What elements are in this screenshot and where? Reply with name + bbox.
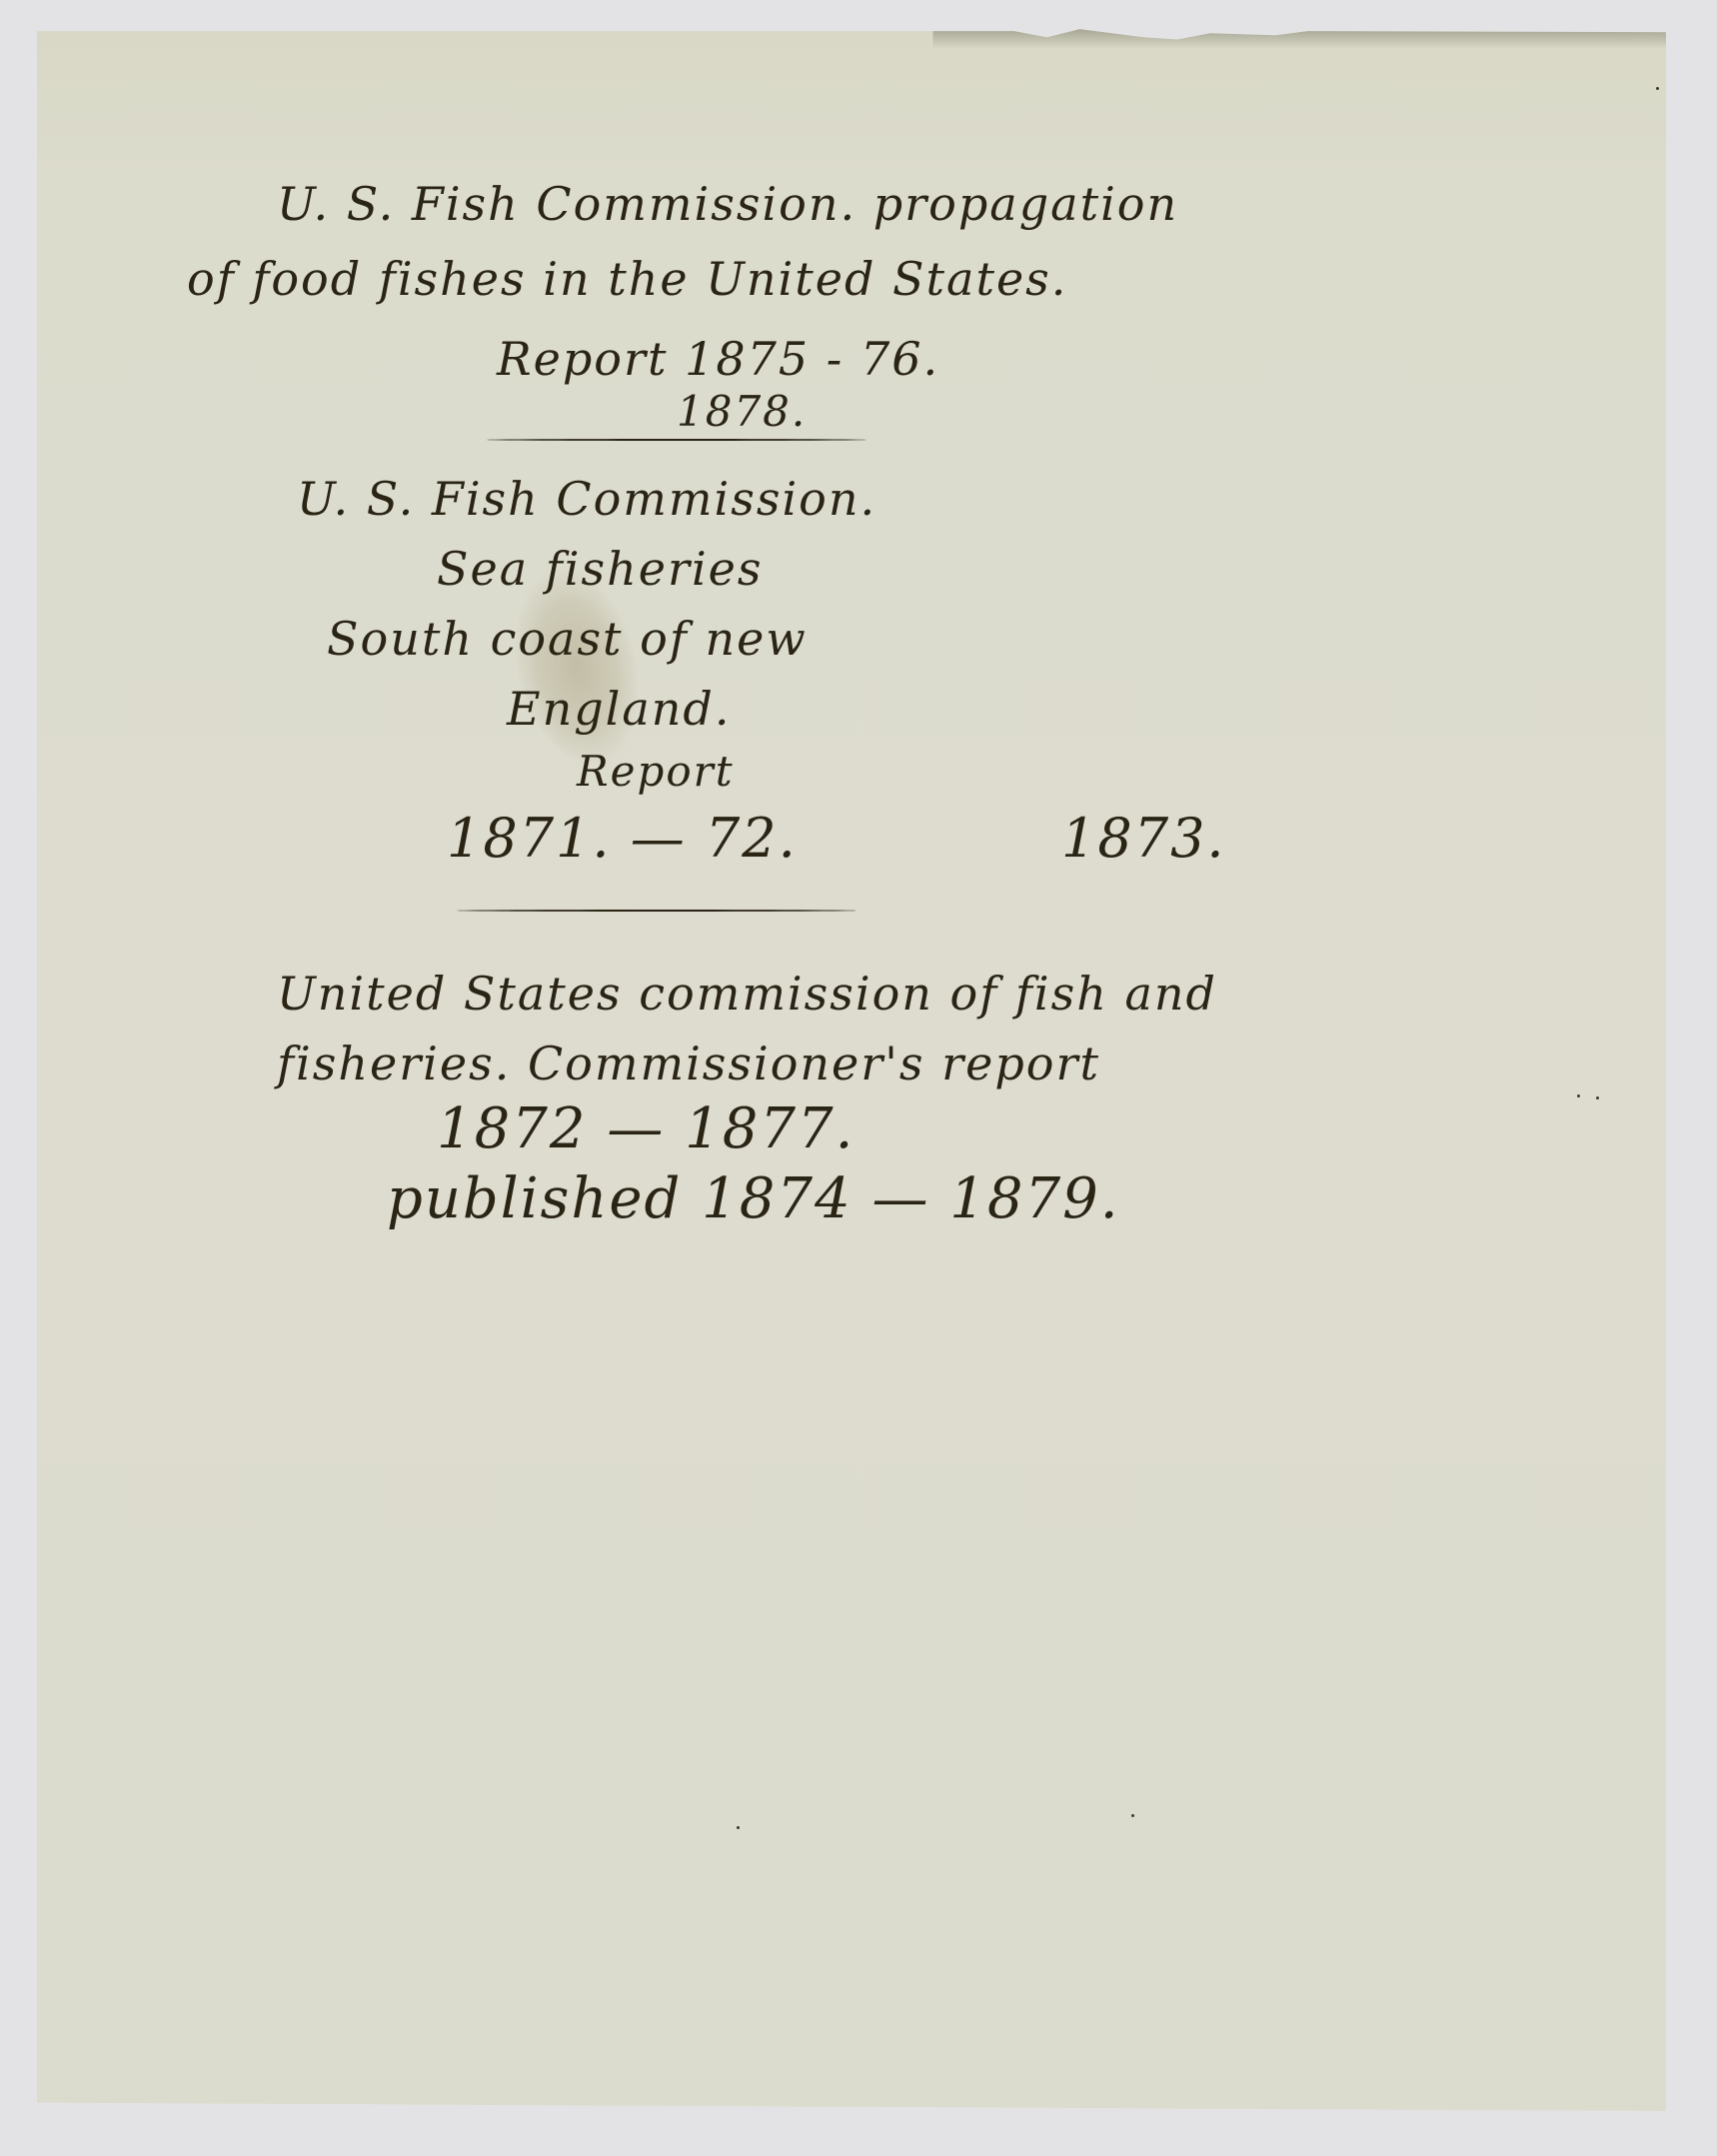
entry-2-report-label: Report — [577, 747, 735, 796]
entry-2-title-line-4: England. — [507, 682, 731, 736]
entry-3-report-years: 1872 — 1877. — [437, 1096, 855, 1161]
entry-1-published-year: 1878. — [677, 387, 807, 436]
paper-speck — [1131, 1814, 1134, 1817]
entry-2-title-line-3: South coast of new — [327, 612, 808, 666]
document-page: U. S. Fish Commission. propagation of fo… — [37, 27, 1666, 2111]
separator-rule-2 — [457, 910, 857, 912]
entry-2-title-line-1: U. S. Fish Commission. — [297, 472, 876, 526]
entry-2-published-year: 1873. — [1061, 807, 1226, 870]
separator-rule-1 — [487, 439, 866, 441]
entry-3-published-years: published 1874 — 1879. — [387, 1166, 1120, 1231]
entry-1-report-years: Report 1875 - 76. — [497, 332, 939, 386]
paper-speck — [1596, 1096, 1599, 1099]
entry-1-title-line-1: U. S. Fish Commission. propagation — [277, 177, 1178, 231]
entry-2-report-years: 1871. — 72. — [447, 807, 798, 870]
entry-1-title-line-2: of food fishes in the United States. — [187, 252, 1067, 306]
paper-speck — [737, 1826, 740, 1829]
entry-3-title-line-2: fisheries. Commissioner's report — [277, 1037, 1100, 1090]
paper-speck — [1577, 1094, 1580, 1097]
paper-speck — [1656, 87, 1659, 90]
entry-2-title-line-2: Sea fisheries — [437, 542, 764, 596]
entry-3-title-line-1: United States commission of fish and — [277, 967, 1217, 1021]
